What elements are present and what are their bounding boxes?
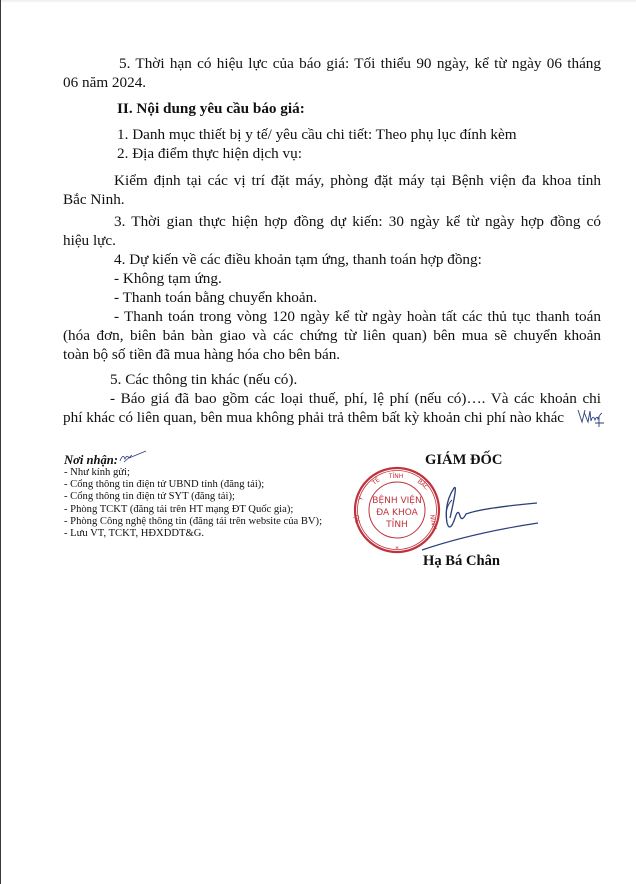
location-line-1: Kiểm định tại các vị trí đặt máy, phòng … xyxy=(114,172,601,190)
section-heading: II. Nội dung yêu cầu báo giá: xyxy=(117,100,305,118)
recipients-title: Nơi nhận: xyxy=(64,453,322,467)
other-info-line-2: phí khác có liên quan, bên mua không phả… xyxy=(63,409,564,427)
initials-signature-icon xyxy=(576,406,606,428)
recipient-item: - Như kính gửi; xyxy=(64,467,322,479)
payment-term-deadline-2: (hóa đơn, biên bản bàn giao và các chứng… xyxy=(63,327,601,345)
payment-term-transfer: - Thanh toán bằng chuyển khoản. xyxy=(114,289,317,307)
recipient-item: - Cổng thông tin điện tử UBND tỉnh (đăng… xyxy=(64,479,322,491)
svg-text:SỞ: SỞ xyxy=(352,513,361,524)
document-page: 5. Thời hạn có hiệu lực của báo giá: Tối… xyxy=(0,0,636,884)
payment-term-deadline-3: toàn bộ số tiền đã mua hàng hóa cho bên … xyxy=(63,346,340,364)
other-info-line-1: - Báo giá đã bao gồm các loại thuế, phí,… xyxy=(110,390,601,408)
validity-line-1: 5. Thời hạn có hiệu lực của báo giá: Tối… xyxy=(119,55,601,73)
recipient-item: - Phòng Công nghệ thông tin (đăng tải tr… xyxy=(64,516,322,528)
list-item-1: 1. Danh mục thiết bị y tế/ yêu cầu chi t… xyxy=(117,126,517,144)
recipient-item: - Phòng TCKT (đăng tải trên HT mạng ĐT Q… xyxy=(64,504,322,516)
location-line-2: Bắc Ninh. xyxy=(63,191,125,209)
payment-term-deadline-1: - Thanh toán trong vòng 120 ngày kể từ n… xyxy=(114,308,601,326)
director-signature-icon xyxy=(392,478,542,558)
duration-line-1: 3. Thời gian thực hiện hợp đồng dự kiến:… xyxy=(114,213,601,231)
other-info-heading: 5. Các thông tin khác (nếu có). xyxy=(110,371,297,389)
recipient-item: - Cổng thông tin điện tử SYT (đăng tải); xyxy=(64,491,322,503)
duration-line-2: hiệu lực. xyxy=(63,232,116,250)
recipient-item: - Lưu VT, TCKT, HĐXDDT&G. xyxy=(64,528,322,540)
payment-term-no-advance: - Không tạm ứng. xyxy=(114,270,222,288)
recipients-flourish-icon xyxy=(118,449,148,465)
payment-terms-heading: 4. Dự kiến về các điều khoản tạm ứng, th… xyxy=(114,251,482,269)
list-item-2: 2. Địa điểm thực hiện dịch vụ: xyxy=(117,145,302,163)
validity-line-2: 06 năm 2024. xyxy=(63,74,146,92)
signer-name: Hạ Bá Chân xyxy=(423,553,500,570)
recipients-block: Nơi nhận: - Như kính gửi; - Cổng thông t… xyxy=(64,453,322,540)
